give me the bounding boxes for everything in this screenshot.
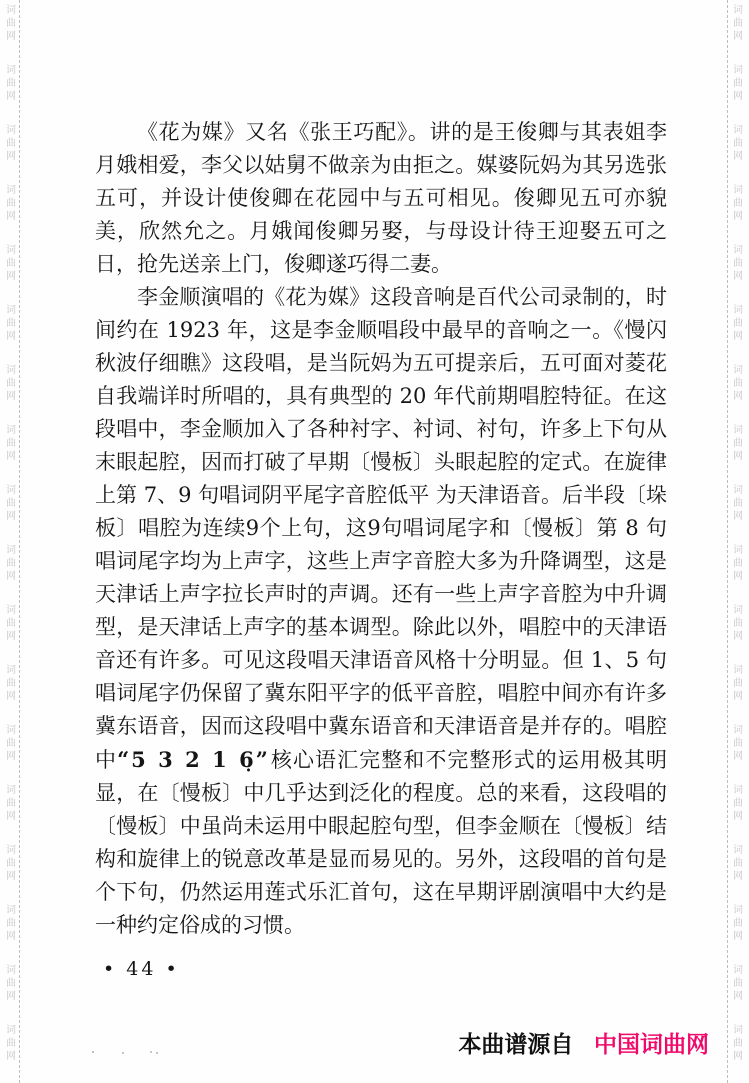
watermark-group: 词曲网 <box>4 364 18 403</box>
watermark-group: 词曲网 <box>731 124 745 163</box>
watermark-group: 词曲网 <box>4 64 18 103</box>
watermark-group: 词曲网 <box>731 964 745 1003</box>
watermark-group: 词曲网 <box>731 1024 745 1063</box>
watermark-group: 词曲网 <box>4 244 18 283</box>
watermark-group: 词曲网 <box>4 424 18 463</box>
watermark-group: 词曲网 <box>4 484 18 523</box>
right-dashed-rule <box>727 0 728 1083</box>
watermark-group: 词曲网 <box>4 904 18 943</box>
watermark-group: 词曲网 <box>731 64 745 103</box>
watermark-group: 词曲网 <box>731 4 745 43</box>
watermark-group: 词曲网 <box>731 184 745 223</box>
watermark-group: 词曲网 <box>731 664 745 703</box>
core-vocabulary-notation: “5 3 2 1 6̣” <box>117 747 270 772</box>
watermark-group: 词曲网 <box>4 844 18 883</box>
watermark-group: 词曲网 <box>4 964 18 1003</box>
analysis-text-tail: 核心语汇完整和不完整形式的运用极其明显，在〔慢板〕中几乎达到泛化的程度。总的来看… <box>95 748 667 937</box>
analysis-paragraph: 李金顺演唱的《花为媒》这段音响是百代公司录制的，时间约在 1923 年，这是李金… <box>95 281 667 942</box>
scan-artifact <box>92 1051 94 1053</box>
page-text: 《花为媒》又名《张王巧配》。讲的是王俊卿与其表姐李月娥相爱，李父以姑舅不做亲为由… <box>95 116 667 942</box>
attribution-footer: 本曲谱源自中国词曲网 <box>458 1026 709 1059</box>
watermark-group: 词曲网 <box>731 244 745 283</box>
watermark-group: 词曲网 <box>731 484 745 523</box>
watermark-group: 词曲网 <box>4 124 18 163</box>
attribution-site-name: 中国词曲网 <box>594 1032 709 1058</box>
attribution-label: 本曲谱源自 <box>458 1032 573 1058</box>
watermark-column-left: 词曲网词曲网词曲网词曲网词曲网词曲网词曲网词曲网词曲网词曲网词曲网词曲网词曲网词… <box>4 4 18 1083</box>
watermark-group: 词曲网 <box>4 304 18 343</box>
watermark-group: 词曲网 <box>731 844 745 883</box>
watermark-group: 词曲网 <box>731 364 745 403</box>
analysis-text-lead: 李金顺演唱的《花为媒》这段音响是百代公司录制的，时间约在 1923 年，这是李金… <box>95 285 667 772</box>
watermark-group: 词曲网 <box>4 784 18 823</box>
watermark-group: 词曲网 <box>4 724 18 763</box>
watermark-group: 词曲网 <box>731 784 745 823</box>
watermark-group: 词曲网 <box>4 1024 18 1063</box>
watermark-group: 词曲网 <box>731 724 745 763</box>
watermark-group: 词曲网 <box>731 544 745 583</box>
watermark-group: 词曲网 <box>4 604 18 643</box>
watermark-group: 词曲网 <box>4 184 18 223</box>
watermark-group: 词曲网 <box>731 424 745 463</box>
watermark-group: 词曲网 <box>731 604 745 643</box>
watermark-group: 词曲网 <box>4 544 18 583</box>
watermark-group: 词曲网 <box>4 4 18 43</box>
left-dashed-rule <box>19 0 20 1083</box>
watermark-column-right: 词曲网词曲网词曲网词曲网词曲网词曲网词曲网词曲网词曲网词曲网词曲网词曲网词曲网词… <box>731 4 745 1083</box>
synopsis-paragraph: 《花为媒》又名《张王巧配》。讲的是王俊卿与其表姐李月娥相爱，李父以姑舅不做亲为由… <box>95 116 667 281</box>
watermark-group: 词曲网 <box>4 664 18 703</box>
watermark-group: 词曲网 <box>731 304 745 343</box>
page-number: • 44 • <box>103 958 180 980</box>
watermark-group: 词曲网 <box>731 904 745 943</box>
scanned-book-page: 词曲网词曲网词曲网词曲网词曲网词曲网词曲网词曲网词曲网词曲网词曲网词曲网词曲网词… <box>0 0 749 1083</box>
